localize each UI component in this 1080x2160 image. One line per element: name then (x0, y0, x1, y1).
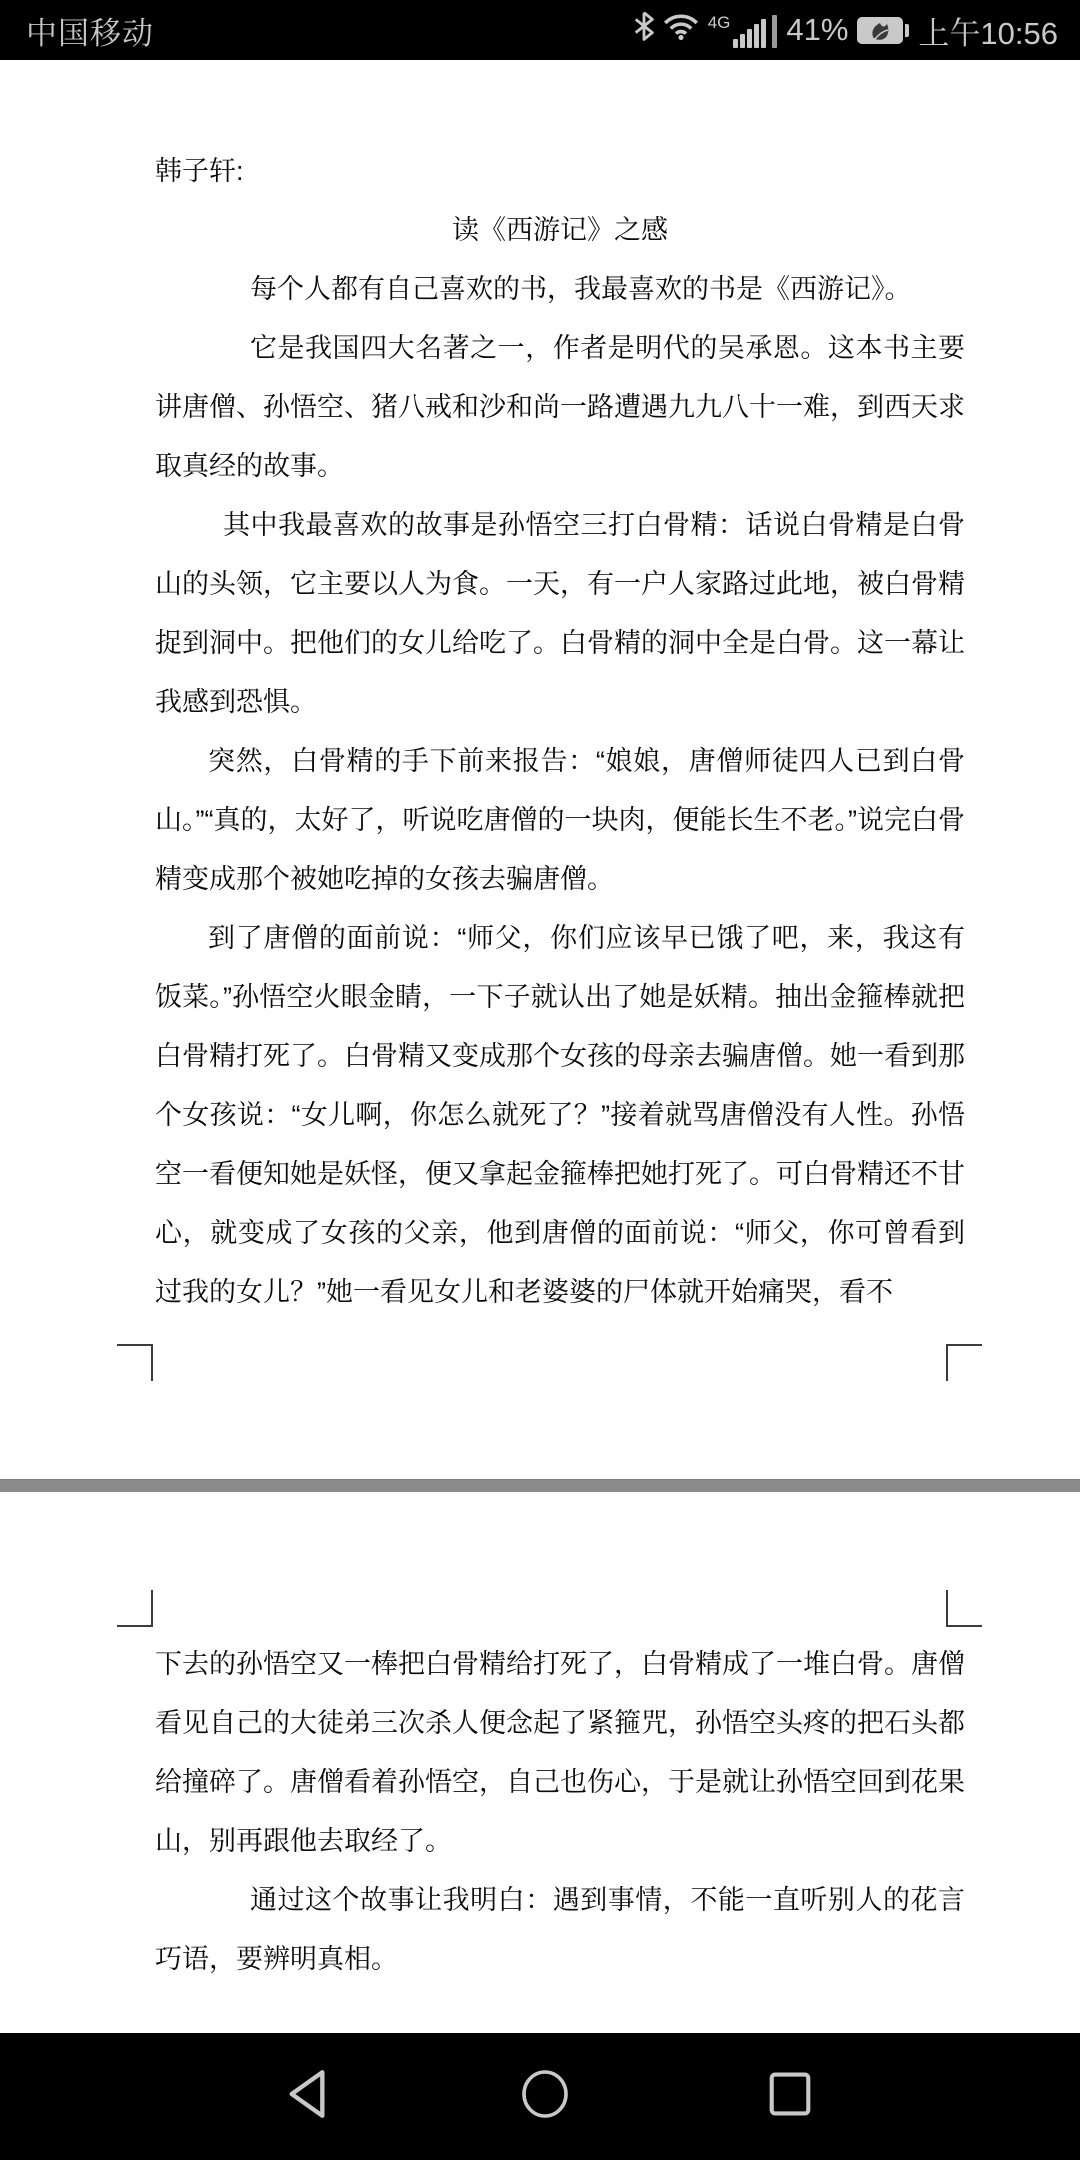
back-triangle-icon (284, 2068, 330, 2125)
network-type-label: 4G (708, 14, 731, 31)
paragraph: 突然，白骨精的手下前来报告：“娘娘，唐僧师徒四人已到白骨山。”“真的，太好了，听… (155, 732, 965, 909)
page2-margin-mark-left (117, 1590, 153, 1627)
status-bar: 中国移动 4G 41% (0, 0, 1080, 60)
recents-button[interactable] (720, 2033, 860, 2160)
battery-icon (857, 17, 909, 44)
salutation-line: 韩子轩: (155, 142, 965, 201)
document-page-1: 韩子轩: 读《西游记》之感 每个人都有自己喜欢的书，我最喜欢的书是《西游记》。 … (155, 142, 965, 1322)
document-page-2: 下去的孙悟空又一棒把白骨精给打死了，白骨精成了一堆白骨。唐僧看见自己的大徒弟三次… (155, 1635, 965, 1989)
battery-percent-label: 41% (786, 12, 848, 48)
paragraph: 每个人都有自己喜欢的书，我最喜欢的书是《西游记》。 (155, 260, 965, 319)
home-circle-icon (520, 2069, 570, 2124)
paragraph: 其中我最喜欢的故事是孙悟空三打白骨精：话说白骨精是白骨山的头领，它主要以人为食。… (155, 496, 965, 732)
paragraph: 到了唐僧的面前说：“师父，你们应该早已饿了吧，来，我这有饭菜。”孙悟空火眼金睛，… (155, 909, 965, 1322)
paragraph: 下去的孙悟空又一棒把白骨精给打死了，白骨精成了一堆白骨。唐僧看见自己的大徒弟三次… (155, 1635, 965, 1871)
page1-margin-mark-left (117, 1344, 153, 1381)
recents-square-icon (767, 2070, 813, 2123)
carrier-label: 中国移动 (26, 8, 154, 53)
page-break-divider (0, 1479, 1080, 1492)
android-nav-bar (0, 2033, 1080, 2160)
sim2-signal-icon (772, 15, 777, 48)
paragraph: 它是我国四大名著之一，作者是明代的吴承恩。这本书主要讲唐僧、孙悟空、猪八戒和沙和… (155, 319, 965, 496)
page2-margin-mark-right (946, 1590, 982, 1627)
wifi-icon (663, 11, 699, 49)
essay-title: 读《西游记》之感 (155, 201, 965, 260)
document-scroll-view[interactable]: 韩子轩: 读《西游记》之感 每个人都有自己喜欢的书，我最喜欢的书是《西游记》。 … (0, 60, 1080, 2033)
back-button[interactable] (237, 2033, 377, 2160)
bluetooth-icon (634, 9, 654, 51)
clock-label: 上午10:56 (918, 8, 1058, 53)
phone-screen: 中国移动 4G 41% (0, 0, 1080, 2160)
page1-margin-mark-right (946, 1344, 982, 1381)
home-button[interactable] (475, 2033, 615, 2160)
signal-bars-icon: 4G (708, 12, 778, 48)
paragraph: 通过这个故事让我明白：遇到事情，不能一直听别人的花言巧语，要辨明真相。 (155, 1871, 965, 1989)
